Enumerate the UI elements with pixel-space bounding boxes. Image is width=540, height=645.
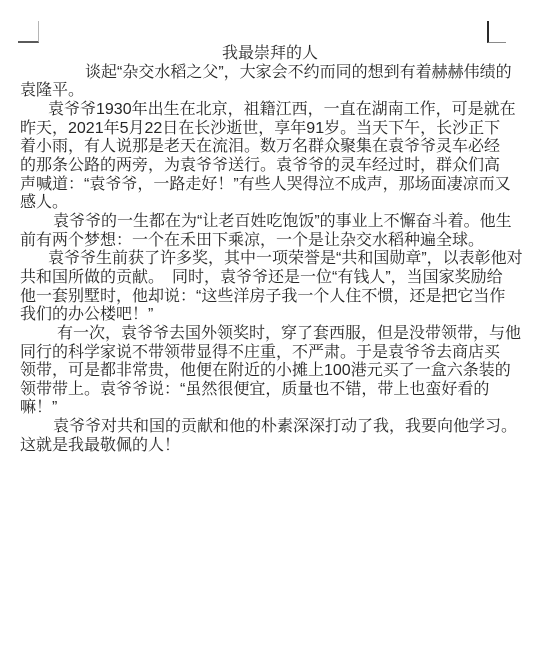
text-line: 他一套别墅时，他却说：“这些洋房子我一个人住不惯，还是把它当作 (20, 288, 520, 307)
paragraph-1: 谈起“杂交水稻之父”，大家会不约而同的想到有着赫赫伟绩的袁隆平。 (20, 64, 520, 101)
text-line: 感人。 (20, 194, 520, 213)
text-line: 袁爷爷1930年出生在北京，祖籍江西，一直在湖南工作，可是就在 (20, 101, 520, 120)
text-line: 有一次，袁爷爷去国外领奖时，穿了套西服，但是没带领带，与他 (20, 325, 520, 344)
paragraph-5: 有一次，袁爷爷去国外领奖时，穿了套西服，但是没带领带，与他同行的科学家说不带领带… (20, 325, 520, 418)
essay-title: 我最崇拜的人 (20, 45, 520, 64)
text-line: 前有两个梦想：一个在禾田下乘凉，一个是让杂交水稻种遍全球。 (20, 232, 520, 251)
paragraph-4: 袁爷爷生前获了许多奖，其中一项荣誉是“共和国勋章”，以表彰他对共和国所做的贡献。… (20, 250, 520, 325)
text-line: 着小雨，有人说那是老天在流泪。数万名群众聚集在袁爷爷灵车必经 (20, 138, 520, 157)
text-line: 袁爷爷生前获了许多奖，其中一项荣誉是“共和国勋章”，以表彰他对 (20, 250, 520, 269)
paragraph-2: 袁爷爷1930年出生在北京，祖籍江西，一直在湖南工作，可是就在昨天，2021年5… (20, 101, 520, 213)
paragraph-3: 袁爷爷的一生都在为“让老百姓吃饱饭”的事业上不懈奋斗着。他生前有两个梦想：一个在… (20, 213, 520, 250)
text-line: 领带，可是都非常贵，他便在附近的小摊上100港元买了一盒六条装的 (20, 362, 520, 381)
text-line: 袁隆平。 (20, 82, 520, 101)
text-line: 共和国所做的贡献。 同时，袁爷爷还是一位“有钱人”，当国家奖励给 (20, 269, 520, 288)
paragraph-6: 袁爷爷对共和国的贡献和他的朴素深深打动了我，我要向他学习。这就是我最敬佩的人！ (20, 418, 520, 455)
text-line: 我们的办公楼吧！” (20, 306, 520, 325)
margin-crop-mark-top-right (487, 21, 506, 43)
text-line: 袁爷爷的一生都在为“让老百姓吃饱饭”的事业上不懈奋斗着。他生 (20, 213, 520, 232)
text-line: 嘛！” (20, 399, 520, 418)
text-line: 的那条公路的两旁，为袁爷爷送行。袁爷爷的灵车经过时，群众们高 (20, 157, 520, 176)
text-line: 谈起“杂交水稻之父”，大家会不约而同的想到有着赫赫伟绩的 (20, 64, 520, 83)
text-line: 这就是我最敬佩的人！ (20, 437, 520, 456)
text-line: 袁爷爷对共和国的贡献和他的朴素深深打动了我，我要向他学习。 (20, 418, 520, 437)
margin-crop-mark-top-left (18, 21, 39, 43)
document-page: 我最崇拜的人 谈起“杂交水稻之父”，大家会不约而同的想到有着赫赫伟绩的袁隆平。袁… (0, 0, 540, 645)
essay-body: 谈起“杂交水稻之父”，大家会不约而同的想到有着赫赫伟绩的袁隆平。袁爷爷1930年… (20, 64, 520, 456)
text-line: 同行的科学家说不带领带显得不庄重，不严肃。于是袁爷爷去商店买 (20, 344, 520, 363)
text-line: 昨天，2021年5月22日在长沙逝世，享年91岁。当天下午，长沙正下 (20, 120, 520, 139)
document-content: 我最崇拜的人 谈起“杂交水稻之父”，大家会不约而同的想到有着赫赫伟绩的袁隆平。袁… (20, 45, 520, 455)
text-line: 领带带上。袁爷爷说：“虽然很便宜，质量也不错，带上也蛮好看的 (20, 381, 520, 400)
text-line: 声喊道：“袁爷爷，一路走好！”有些人哭得泣不成声，那场面凄凉而又 (20, 176, 520, 195)
